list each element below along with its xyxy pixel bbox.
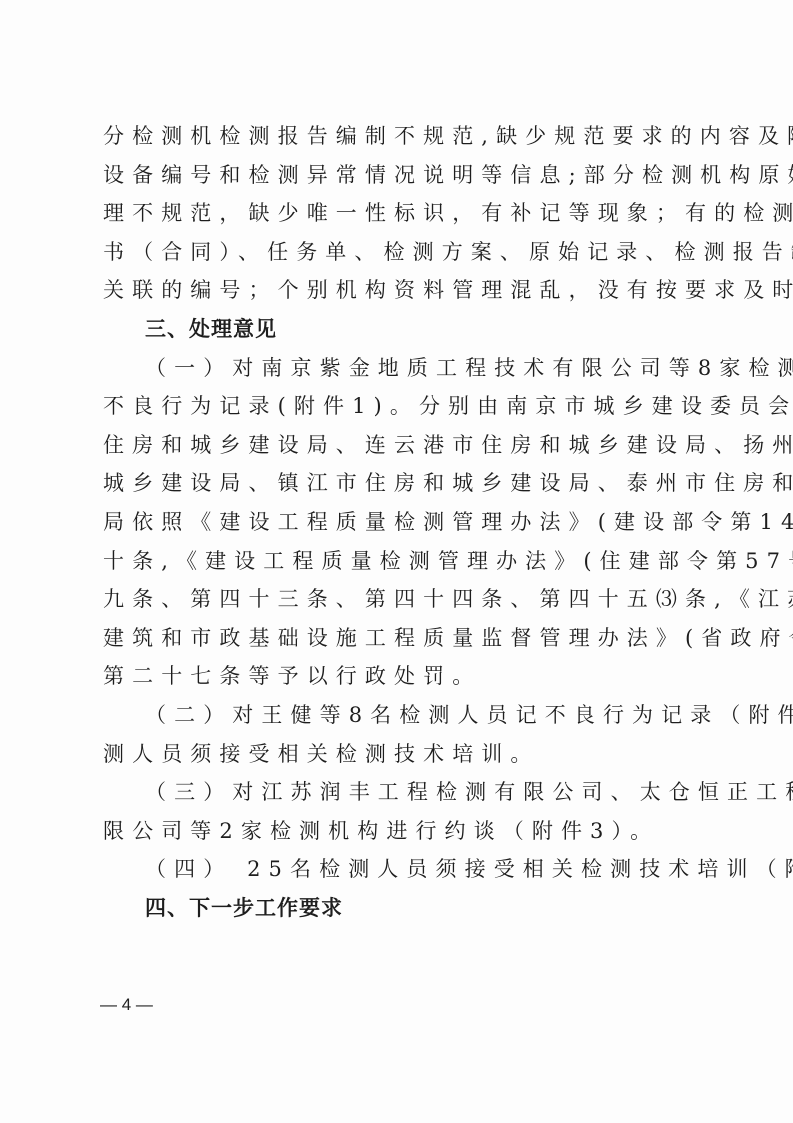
body-line: 十条,《建设工程质量检测管理办法》(住建部令第57号)第三十	[103, 542, 693, 581]
document-page: 分检测机检测报告编制不规范,缺少规范要求的内容及附图(表)、 设备编号和检测异常…	[0, 0, 793, 1123]
body-line: 不良行为记录(附件1)。分别由南京市城乡建设委员会、无锡市	[103, 387, 693, 426]
body-line: （三）对江苏润丰工程检测有限公司、太仓恒正工程检测有	[103, 773, 693, 812]
body-line: 分检测机检测报告编制不规范,缺少规范要求的内容及附图(表)、	[103, 117, 693, 156]
body-line: 关联的编号；个别机构资料管理混乱，没有按要求及时归档。	[103, 271, 693, 310]
section-heading-next-steps: 四、下一步工作要求	[103, 889, 693, 928]
body-line: （一）对南京紫金地质工程技术有限公司等8家检测机构记	[103, 349, 693, 388]
body-line: 建筑和市政基础设施工程质量监督管理办法》(省政府令第89号)	[103, 619, 693, 658]
body-line: （四） 25名检测人员须接受相关检测技术培训（附件4）。	[103, 850, 693, 889]
body-line: 局依照《建设工程质量检测管理办法》(建设部令第141号)第三	[103, 503, 693, 542]
page-number: — 4 —	[100, 995, 153, 1015]
body-line: （二）对王健等8名检测人员记不良行为记录（附件2），检	[103, 696, 693, 735]
body-line: 设备编号和检测异常情况说明等信息;部分检测机构原始记录管	[103, 156, 693, 195]
body-line: 城乡建设局、镇江市住房和城乡建设局、泰州市住房和城乡建设	[103, 464, 693, 503]
body-line: 测人员须接受相关检测技术培训。	[103, 735, 693, 774]
section-heading-handling-opinions: 三、处理意见	[103, 310, 693, 349]
body-line: 书（合同）、任务单、检测方案、原始记录、检测报告缺少相互	[103, 233, 693, 272]
body-line: 限公司等2家检测机构进行约谈（附件3）。	[103, 812, 693, 851]
body-line: 九条、第四十三条、第四十四条、第四十五⑶条,《江苏省房屋	[103, 580, 693, 619]
document-body: 分检测机检测报告编制不规范,缺少规范要求的内容及附图(表)、 设备编号和检测异常…	[103, 117, 693, 927]
body-line: 第二十七条等予以行政处罚。	[103, 657, 693, 696]
body-line: 住房和城乡建设局、连云港市住房和城乡建设局、扬州市住房和	[103, 426, 693, 465]
body-line: 理不规范，缺少唯一性标识，有补记等现象；有的检测机构委托	[103, 194, 693, 233]
